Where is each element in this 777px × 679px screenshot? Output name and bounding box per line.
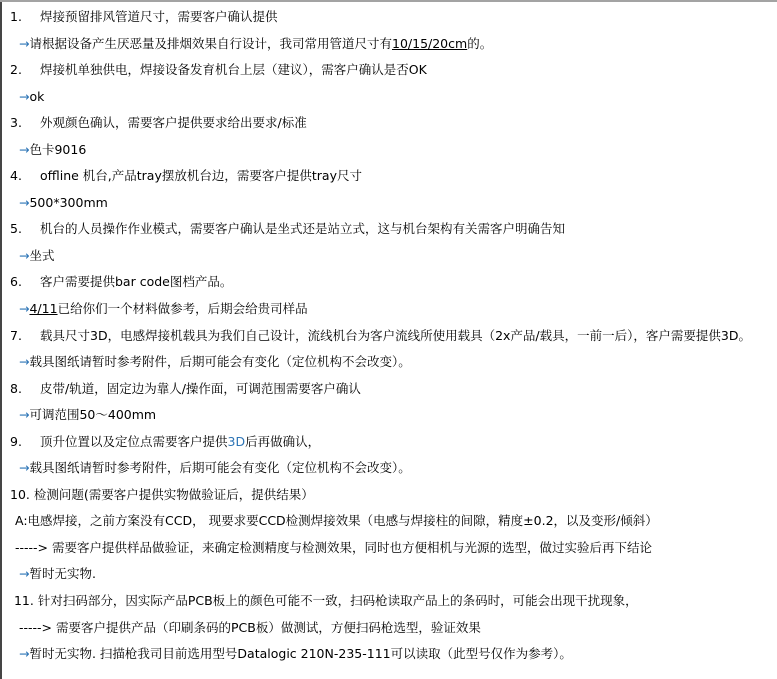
item-5-answer: →坐式 (2, 243, 775, 270)
item-8-answer: →可调范围50～400mm (2, 402, 775, 429)
document-body: 1.焊接预留排风管道尺寸，需要客户确认提供→请根据设备产生厌恶量及排烟效果自行设… (2, 2, 775, 668)
item-1-question: 1.焊接预留排风管道尺寸，需要客户确认提供 (2, 4, 775, 31)
item-3-question: 3.外观颜色确认，需要客户提供要求给出要求/标准 (2, 110, 775, 137)
item-number: 6. (10, 269, 40, 296)
arrow-icon: → (19, 407, 29, 422)
text-segment: ok (29, 89, 44, 104)
item-number: 9. (10, 429, 40, 456)
underlined-text: 10/15/20cm (392, 36, 467, 51)
arrow-icon: → (19, 36, 29, 51)
item-1-answer: →请根据设备产生厌恶量及排烟效果自行设计，我司常用管道尺寸有10/15/20cm… (2, 31, 775, 58)
item-number: 1. (10, 4, 40, 31)
item-11-answer: →暂时无实物. 扫描枪我司目前选用型号Datalogic 210N-235-11… (2, 641, 775, 668)
text-segment: 的。 (467, 36, 492, 51)
item-2-answer: →ok (2, 84, 775, 111)
text-segment: 坐式 (29, 248, 54, 263)
text-segment: 载具图纸请暂时参考附件，后期可能会有变化（定位机构不会改变）。 (29, 354, 410, 369)
item-10-question: 10. 检测问题(需要客户提供实物做验证后，提供结果） (2, 482, 775, 509)
text-segment: 焊接机单独供电，焊接设备发育机台上层（建议），需客户确认是否OK (40, 62, 427, 77)
item-4-answer: →500*300mm (2, 190, 775, 217)
item-10-detail-a: A:电感焊接，之前方案没有CCD， 现要求要CCD检测焊接效果（电感与焊接柱的间… (2, 508, 775, 535)
arrow-icon: → (19, 354, 29, 369)
arrow-icon: → (19, 566, 29, 581)
arrow-icon: → (19, 248, 29, 263)
text-segment: 可调范围50～400mm (29, 407, 156, 422)
text-segment: 客户需要提供bar code图档产品。 (40, 274, 232, 289)
item-8-question: 8.皮带/轨道，固定边为靠人/操作面，可调范围需要客户确认 (2, 376, 775, 403)
item-number: 4. (10, 163, 40, 190)
arrow-icon: → (19, 460, 29, 475)
item-2-question: 2.焊接机单独供电，焊接设备发育机台上层（建议），需客户确认是否OK (2, 57, 775, 84)
item-5-question: 5.机台的人员操作作业模式，需要客户确认是坐式还是站立式，这与机台架构有关需客户… (2, 216, 775, 243)
text-segment: 500*300mm (29, 195, 107, 210)
item-9-answer: →载具图纸请暂时参考附件，后期可能会有变化（定位机构不会改变）。 (2, 455, 775, 482)
text-segment: 后再做确认， (245, 434, 320, 449)
arrow-icon: → (19, 195, 29, 210)
item-number: 7. (10, 323, 40, 350)
text-segment: 请根据设备产生厌恶量及排烟效果自行设计，我司常用管道尺寸有 (29, 36, 392, 51)
item-10-note: -----> 需要客户提供样品做验证，来确定检测精度与检测效果，同时也方便相机与… (2, 535, 775, 562)
text-segment: 10. 检测问题(需要客户提供实物做验证后，提供结果） (10, 487, 314, 502)
item-number: 3. (10, 110, 40, 137)
item-number: 5. (10, 216, 40, 243)
arrow-icon: → (19, 142, 29, 157)
item-11-question: 11. 针对扫码部分，因实际产品PCB板上的颜色可能不一致，扫码枪读取产品上的条… (2, 588, 775, 615)
item-4-question: 4.offline 机台,产品tray摆放机台边，需要客户提供tray尺寸 (2, 163, 775, 190)
item-number: 2. (10, 57, 40, 84)
item-6-answer: →4/11已给你们一个材料做参考，后期会给贵司样品 (2, 296, 775, 323)
arrow-icon: → (19, 301, 29, 316)
highlighted-text: 3D (228, 434, 246, 449)
item-11-note: -----> 需要客户提供产品（印刷条码的PCB板）做测试，方便扫码枪选型，验证… (2, 615, 775, 642)
underlined-text: 4/11 (29, 301, 57, 316)
text-segment: 机台的人员操作作业模式，需要客户确认是坐式还是站立式，这与机台架构有关需客户明确… (40, 221, 565, 236)
item-3-answer: →色卡9016 (2, 137, 775, 164)
arrow-icon: → (19, 89, 29, 104)
item-6-question: 6.客户需要提供bar code图档产品。 (2, 269, 775, 296)
item-7-answer: →载具图纸请暂时参考附件，后期可能会有变化（定位机构不会改变）。 (2, 349, 775, 376)
text-segment: 色卡9016 (29, 142, 86, 157)
item-9-question: 9.顶升位置以及定位点需要客户提供3D后再做确认， (2, 429, 775, 456)
text-segment: 皮带/轨道，固定边为靠人/操作面，可调范围需要客户确认 (40, 381, 361, 396)
text-segment: 已给你们一个材料做参考，后期会给贵司样品 (58, 301, 308, 316)
text-segment: A:电感焊接，之前方案没有CCD， 现要求要CCD检测焊接效果（电感与焊接柱的间… (15, 513, 658, 528)
text-segment: 外观颜色确认，需要客户提供要求给出要求/标准 (40, 115, 307, 130)
text-segment: -----> 需要客户提供产品（印刷条码的PCB板）做测试，方便扫码枪选型，验证… (15, 620, 481, 635)
document-page: 1.焊接预留排风管道尺寸，需要客户确认提供→请根据设备产生厌恶量及排烟效果自行设… (0, 0, 777, 679)
text-segment: 载具图纸请暂时参考附件，后期可能会有变化（定位机构不会改变）。 (29, 460, 410, 475)
text-segment: 焊接预留排风管道尺寸，需要客户确认提供 (40, 9, 278, 24)
text-segment: 顶升位置以及定位点需要客户提供 (40, 434, 228, 449)
text-segment: offline 机台,产品tray摆放机台边，需要客户提供tray尺寸 (40, 168, 362, 183)
text-segment: 暂时无实物. 扫描枪我司目前选用型号Datalogic 210N-235-111… (29, 646, 571, 661)
text-segment: -----> 需要客户提供样品做验证，来确定检测精度与检测效果，同时也方便相机与… (15, 540, 652, 555)
item-10-answer: →暂时无实物. (2, 561, 775, 588)
arrow-icon: → (19, 646, 29, 661)
item-7-question: 7.载具尺寸3D，电感焊接机载具为我们自己设计，流线机台为客户流线所使用载具（2… (2, 323, 775, 350)
text-segment: 暂时无实物. (29, 566, 95, 581)
text-segment: 载具尺寸3D，电感焊接机载具为我们自己设计，流线机台为客户流线所使用载具（2x产… (40, 328, 751, 343)
text-segment: 11. 针对扫码部分，因实际产品PCB板上的颜色可能不一致，扫码枪读取产品上的条… (10, 593, 638, 608)
item-number: 8. (10, 376, 40, 403)
